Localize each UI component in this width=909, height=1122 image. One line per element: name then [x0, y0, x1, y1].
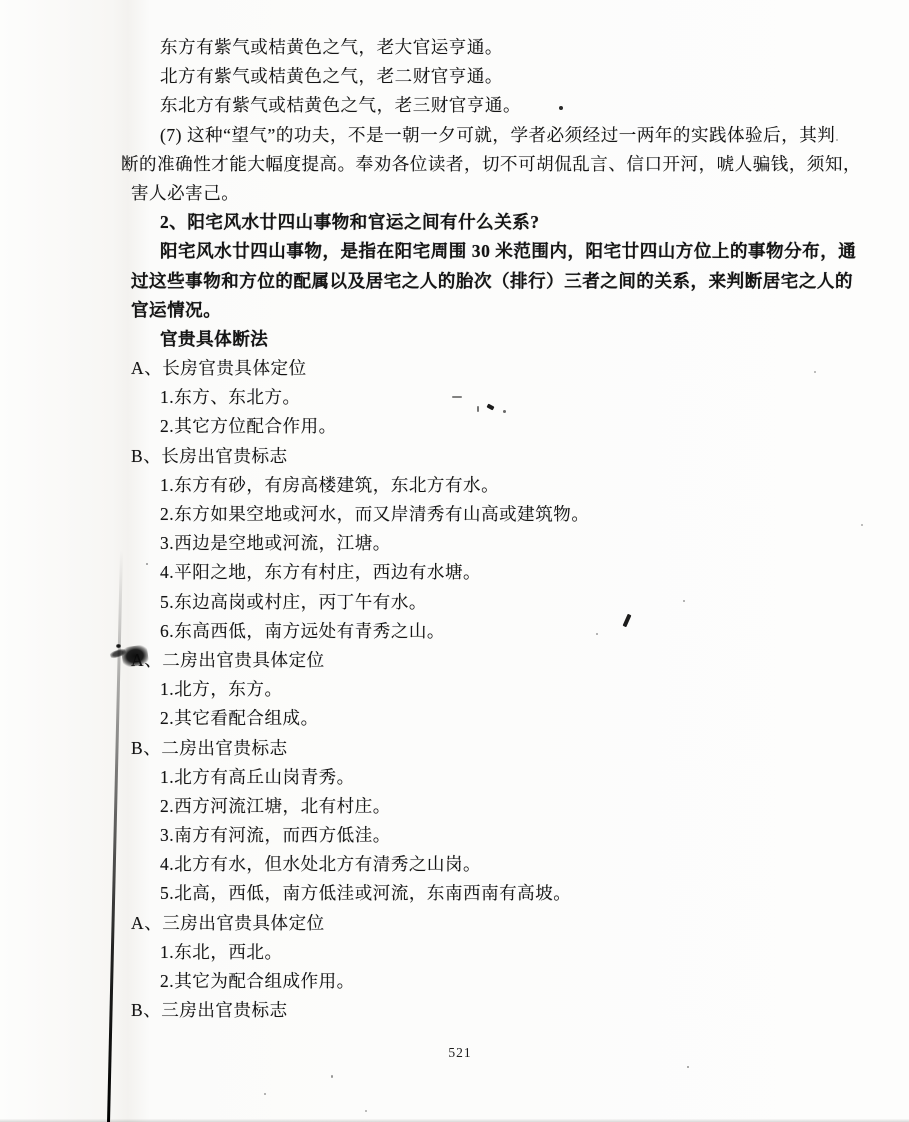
paragraph-line: 官运情况。 — [131, 296, 793, 325]
list-item-line: 2.西方河流江塘，北有村庄。 — [131, 792, 793, 821]
paragraph-line: 东北方有紫气或桔黄色之气，老三财官亨通。 — [131, 91, 793, 120]
scan-speck — [806, 134, 808, 136]
list-item-line: 1.北方，东方。 — [131, 675, 793, 704]
list-item-line: 1.东北，西北。 — [131, 938, 793, 967]
list-item-line: 3.南方有河流，而西方低洼。 — [131, 821, 793, 850]
list-item-line: 2.其它方位配合作用。 — [131, 412, 793, 441]
list-item-line: 2.其它看配合组成。 — [131, 704, 793, 733]
book-spine-scan-line — [107, 550, 123, 1122]
scanned-book-page: 东方有紫气或桔黄色之气，老大官运亨通。 北方有紫气或桔黄色之气，老二财官亨通。 … — [0, 0, 909, 1122]
scan-speck — [596, 633, 598, 635]
paragraph-line: 东方有紫气或桔黄色之气，老大官运亨通。 — [131, 33, 793, 62]
list-label-line: B、长房出官贵标志 — [131, 442, 793, 471]
scan-speck — [146, 563, 148, 565]
list-item-line: 5.东边高岗或村庄，丙丁午有水。 — [131, 588, 793, 617]
scan-stray-mark — [452, 396, 462, 398]
scan-speck — [687, 1066, 689, 1068]
list-label-line: A、二房出官贵具体定位 — [131, 646, 793, 675]
scan-speck — [123, 156, 125, 159]
scan-speck — [683, 600, 685, 602]
scan-speck — [503, 410, 506, 413]
list-item-line: 5.北高，西低，南方低洼或河流，东南西南有高坡。 — [131, 879, 793, 908]
ink-smudge — [116, 644, 121, 648]
paragraph-line: 断的准确性才能大幅度提高。奉劝各位读者，切不可胡侃乱言、信口开河，唬人骗钱，须知… — [121, 150, 793, 179]
list-item-line: 2.东方如果空地或河水，而又岸清秀有山高或建筑物。 — [131, 500, 793, 529]
scan-speck — [264, 1093, 266, 1095]
question-heading: 2、阳宅风水廿四山事物和官运之间有什么关系? — [131, 208, 793, 237]
paragraph-line: 过这些事物和方位的配属以及居宅之人的胎次（排行）三者之间的关系，来判断居宅之人的 — [131, 267, 793, 296]
scan-stray-mark — [477, 406, 479, 412]
list-label-line: B、二房出官贵标志 — [131, 734, 793, 763]
list-item-line: 1.北方有高丘山岗青秀。 — [131, 763, 793, 792]
list-item-line: 6.东高西低，南方远处有青秀之山。 — [131, 617, 793, 646]
paragraph-line: 害人必害己。 — [131, 179, 793, 208]
scan-speck — [365, 1110, 367, 1112]
section-heading: 官贵具体断法 — [131, 325, 793, 354]
list-label-line: A、长房官贵具体定位 — [131, 354, 793, 383]
scan-speck — [836, 139, 838, 141]
ink-smudge — [121, 644, 150, 667]
list-item-line: 1.东方有砂，有房高楼建筑，东北方有水。 — [131, 471, 793, 500]
page-number: 521 — [131, 1045, 789, 1061]
list-label-line: B、三房出官贵标志 — [131, 996, 793, 1025]
scan-speck — [861, 524, 863, 526]
list-label-line: A、三房出官贵具体定位 — [131, 909, 793, 938]
paragraph-line: (7) 这种“望气”的功夫，不是一朝一夕可就，学者必须经过一两年的实践体验后，其… — [131, 121, 793, 150]
page-body-text: 东方有紫气或桔黄色之气，老大官运亨通。 北方有紫气或桔黄色之气，老二财官亨通。 … — [131, 33, 793, 1025]
list-item-line: 2.其它为配合组成作用。 — [131, 967, 793, 996]
list-item-line: 1.东方、东北方。 — [131, 383, 793, 412]
scan-speck — [331, 1075, 333, 1078]
list-item-line: 3.西边是空地或河流，江塘。 — [131, 529, 793, 558]
list-item-line: 4.北方有水，但水处北方有清秀之山岗。 — [131, 850, 793, 879]
paragraph-line: 北方有紫气或桔黄色之气，老二财官亨通。 — [131, 62, 793, 91]
paragraph-line: 阳宅风水廿四山事物，是指在阳宅周围 30 米范围内，阳宅廿四山方位上的事物分布，… — [131, 237, 793, 266]
scan-speck — [814, 371, 816, 373]
scan-speck — [559, 106, 563, 110]
scan-speck — [840, 247, 842, 249]
list-item-line: 4.平阳之地，东方有村庄，西边有水塘。 — [131, 558, 793, 587]
